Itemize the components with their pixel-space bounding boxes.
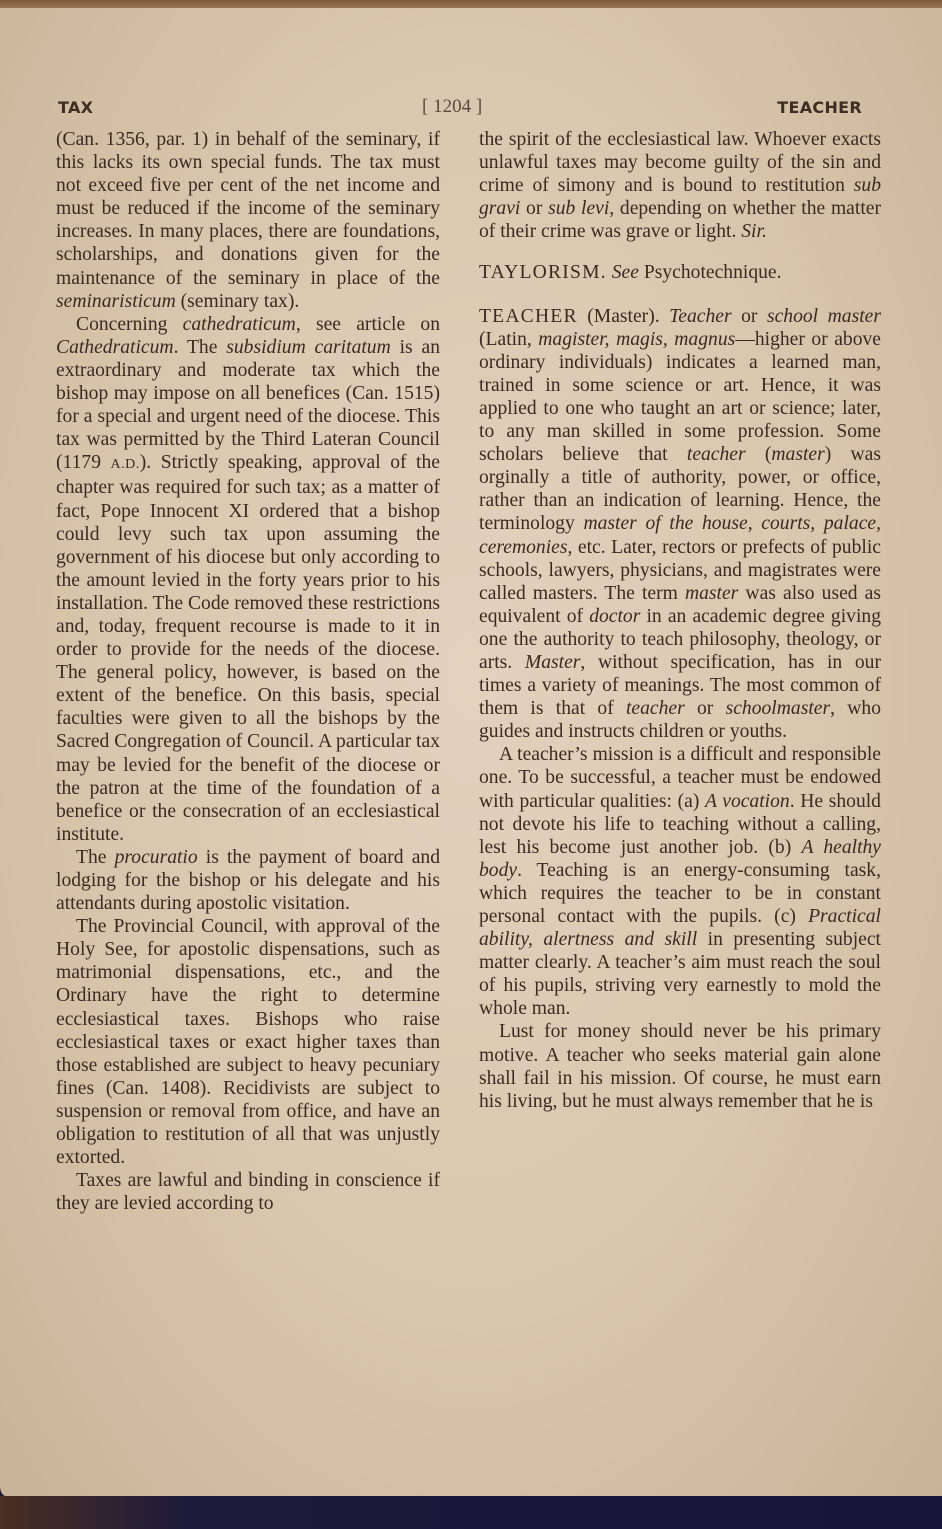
running-head: TAX [ 1204 ] TEACHER: [58, 96, 862, 120]
running-head-left: TAX: [58, 98, 93, 117]
entry-teacher: TEACHER (Master). Teacher or school mast…: [479, 305, 881, 744]
headword-teacher: TEACHER: [479, 306, 578, 327]
running-head-right: TEACHER: [777, 98, 862, 117]
book-page: TAX [ 1204 ] TEACHER (Can. 1356, par. 1)…: [0, 8, 942, 1496]
background-surface: [0, 1496, 942, 1529]
headword-taylorism: TAYLORISM.: [479, 262, 607, 283]
entry-taylorism: TAYLORISM. See Psychotechnique.: [479, 261, 881, 284]
paragraph-lust-for-money: Lust for money should never be his prima…: [479, 1020, 881, 1112]
paragraph-provincial-council: The Provincial Council, with approval of…: [56, 915, 440, 1169]
page-number: [ 1204 ]: [422, 96, 482, 118]
paragraph-seminary-tax: (Can. 1356, par. 1) in behalf of the sem…: [56, 128, 440, 313]
paragraph-taxes-lawful: Taxes are lawful and binding in conscien…: [56, 1169, 440, 1215]
paragraph-cathedraticum: Concerning cathedraticum, see article on…: [56, 313, 440, 846]
author-signature: Sir.: [741, 221, 767, 242]
cross-reference: Psychotechnique.: [639, 262, 782, 283]
left-column: (Can. 1356, par. 1) in behalf of the sem…: [56, 128, 440, 1215]
paragraph-tax-continued: the spirit of the ecclesiastical law. Wh…: [479, 128, 881, 243]
paragraph-teacher-mission: A teacher’s mission is a difficult and r…: [479, 743, 881, 1020]
right-column: the spirit of the ecclesiastical law. Wh…: [479, 128, 881, 1113]
paragraph-procuratio: The procuratio is the payment of board a…: [56, 846, 440, 915]
